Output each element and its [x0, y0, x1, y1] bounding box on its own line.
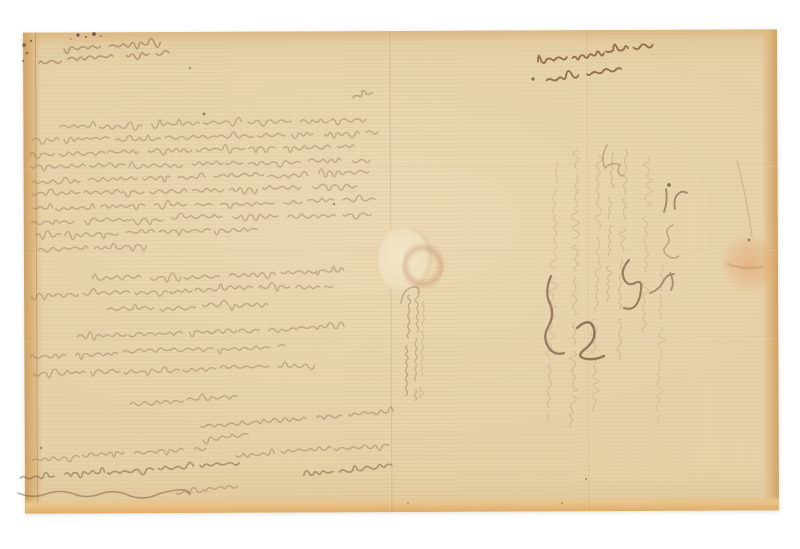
- seal-ring-stain: [402, 241, 444, 291]
- letter-paper: [23, 29, 779, 513]
- photo-backdrop: [0, 0, 800, 549]
- paper-edge-left: [23, 33, 43, 514]
- paper-edge-bottom: [25, 495, 779, 513]
- seal-stain-right-edge: [722, 234, 776, 292]
